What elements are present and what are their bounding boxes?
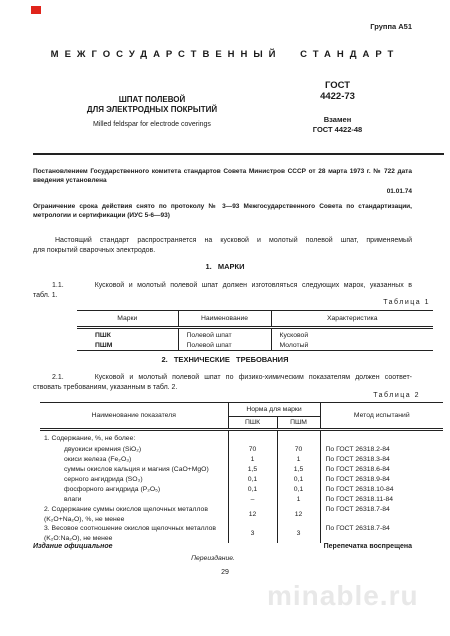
table-row: двуокиси кремния (SiO₂) 70 70 По ГОСТ 26… bbox=[40, 445, 443, 455]
gost-designation-block: ГОСТ 4422-73 Взамен ГОСТ 4422-48 bbox=[290, 81, 385, 134]
table2-caption: Таблица 2 bbox=[40, 392, 420, 399]
replaces-label: Взамен bbox=[290, 115, 385, 125]
table2-r2-pshk: 1 bbox=[228, 455, 277, 465]
table-row: 3. Весовое соотношение окислов щелочных … bbox=[40, 524, 443, 543]
table2-r5-name: фосфорного ангидрида (P₂O₅) bbox=[40, 485, 228, 495]
table2-r0-method bbox=[320, 430, 443, 446]
table2-r0-pshm bbox=[277, 430, 320, 446]
clause-1-1: 1.1.Кусковой и молотый полевой шпат долж… bbox=[33, 281, 412, 301]
table1-header-name: Наименование bbox=[178, 311, 271, 328]
table2-r7-pshm: 12 bbox=[277, 505, 320, 524]
title-english: Milled feldspar for electrode coverings bbox=[58, 121, 246, 128]
limitation-paragraph: Ограничение срока действия снято по прот… bbox=[33, 202, 412, 221]
scope-paragraph: Настоящий стандарт распространяется на к… bbox=[33, 236, 412, 255]
table2-r7-method: По ГОСТ 26318.7-84 bbox=[320, 505, 443, 524]
table2-r3-pshm: 1,5 bbox=[277, 465, 320, 475]
table2-r2-pshm: 1 bbox=[277, 455, 320, 465]
title-block-ru: ШПАТ ПОЛЕВОЙ ДЛЯ ЭЛЕКТРОДНЫХ ПОКРЫТИЙ Mi… bbox=[58, 95, 246, 128]
table2-r8-name-line2: (K₂O:Na₂O), не менее bbox=[44, 534, 228, 544]
effective-date: 01.01.74 bbox=[33, 187, 412, 196]
table2-r7-name-line1: 2. Содержание суммы окислов щелочных мет… bbox=[44, 506, 208, 513]
table2-r2-name: окиси железа (Fe₂O₃) bbox=[40, 455, 228, 465]
reprint-forbidden-label: Перепечатка воспрещена bbox=[324, 543, 412, 550]
table1: Марки Наименование Характеристика ПШК По… bbox=[77, 310, 433, 351]
table2-r4-method: По ГОСТ 26318.9-84 bbox=[320, 475, 443, 485]
table1-header-mark: Марки bbox=[77, 311, 178, 328]
table-row: фосфорного ангидрида (P₂O₅) 0,1 0,1 По Г… bbox=[40, 485, 443, 495]
table2-r6-pshk: – bbox=[228, 495, 277, 505]
table2-header-norm: Норма для марки bbox=[228, 403, 320, 417]
table2-r6-method: По ГОСТ 26318.11-84 bbox=[320, 495, 443, 505]
table2-r6-pshm: 1 bbox=[277, 495, 320, 505]
table2-r1-pshm: 70 bbox=[277, 445, 320, 455]
decree-line1: Постановлением Государственного комитета… bbox=[33, 167, 412, 176]
table2-r2-method: По ГОСТ 26318.3-84 bbox=[320, 455, 443, 465]
table1-r0-name: Полевой шпат bbox=[178, 328, 271, 341]
table2-header-pshm: ПШМ bbox=[277, 417, 320, 430]
table1-caption: Таблица 1 bbox=[77, 299, 430, 306]
standard-type-heading: МЕЖГОСУДАРСТВЕННЫЙ СТАНДАРТ bbox=[0, 49, 450, 60]
table-row: суммы окислов кальция и магния (CaO+MgO)… bbox=[40, 465, 443, 475]
table2-r0-name: 1. Содержание, %, не более: bbox=[40, 430, 228, 446]
table2-r5-pshm: 0,1 bbox=[277, 485, 320, 495]
table-row: серного ангидрида (SO₃) 0,1 0,1 По ГОСТ … bbox=[40, 475, 443, 485]
table1-r1-name: Полевой шпат bbox=[178, 341, 271, 351]
gost-number: 4422-73 bbox=[290, 92, 385, 103]
section1-heading: 1. МАРКИ bbox=[0, 262, 450, 271]
section2-heading: 2. ТЕХНИЧЕСКИЕ ТРЕБОВАНИЯ bbox=[0, 355, 450, 364]
table2-header-pshk: ПШК bbox=[228, 417, 277, 430]
table1-r0-char: Кусковой bbox=[271, 328, 433, 341]
table2-r8-name-line1: 3. Весовое соотношение окислов щелочных … bbox=[44, 525, 216, 532]
table2-r8-name: 3. Весовое соотношение окислов щелочных … bbox=[40, 524, 228, 543]
gost-label: ГОСТ bbox=[290, 81, 385, 92]
table-row: ПШК Полевой шпат Кусковой bbox=[77, 328, 433, 341]
table2-r6-name: влаги bbox=[40, 495, 228, 505]
limitation-line1: Ограничение срока действия снято по прот… bbox=[33, 202, 412, 211]
table2-header-method: Метод испытаний bbox=[320, 403, 443, 430]
scope-line2: для покрытий сварочных электродов. bbox=[33, 246, 412, 256]
reissue-label: Переиздание. bbox=[33, 555, 393, 562]
table2-r3-method: По ГОСТ 26318.6-84 bbox=[320, 465, 443, 475]
table2: Наименование показателя Норма для марки … bbox=[40, 402, 443, 543]
decree-paragraph: Постановлением Государственного комитета… bbox=[33, 167, 412, 196]
table2-r1-name: двуокиси кремния (SiO₂) bbox=[40, 445, 228, 455]
title-line2: ДЛЯ ЭЛЕКТРОДНЫХ ПОКРЫТИЙ bbox=[58, 105, 246, 115]
clause-1-1-line1: Кусковой и молотый полевой шпат должен и… bbox=[95, 282, 412, 289]
page-number: 29 bbox=[0, 569, 450, 576]
table2-r3-name: суммы окислов кальция и магния (CaO+MgO) bbox=[40, 465, 228, 475]
table1-r1-mark: ПШМ bbox=[77, 341, 178, 351]
clause-2-1: 2.1.Кусковой и молотый полевой шпат по ф… bbox=[33, 373, 412, 393]
table2-r1-method: По ГОСТ 26318.2-84 bbox=[320, 445, 443, 455]
decree-line2: введения установлена bbox=[33, 176, 412, 185]
red-marker bbox=[31, 6, 41, 14]
table1-r1-char: Молотый bbox=[271, 341, 433, 351]
table2-r8-pshk: 3 bbox=[228, 524, 277, 543]
clause-2-1-number: 2.1. bbox=[52, 373, 64, 383]
horizontal-rule bbox=[33, 153, 444, 155]
table2-header-name: Наименование показателя bbox=[40, 403, 228, 430]
table2-r4-name: серного ангидрида (SO₃) bbox=[40, 475, 228, 485]
table1-header-characteristic: Характеристика bbox=[271, 311, 433, 328]
footer-row: Издание официальное Перепечатка воспреще… bbox=[33, 543, 412, 550]
table-row: 1. Содержание, %, не более: bbox=[40, 430, 443, 446]
table2-r4-pshk: 0,1 bbox=[228, 475, 277, 485]
table-row: влаги – 1 По ГОСТ 26318.11-84 bbox=[40, 495, 443, 505]
document-page: Группа А51 МЕЖГОСУДАРСТВЕННЫЙ СТАНДАРТ Ш… bbox=[0, 0, 450, 636]
official-edition-label: Издание официальное bbox=[33, 543, 113, 550]
table1-r0-mark: ПШК bbox=[77, 328, 178, 341]
table2-r0-pshk bbox=[228, 430, 277, 446]
table-row: ПШМ Полевой шпат Молотый bbox=[77, 341, 433, 351]
limitation-line2: метрологии и сертификации (ИУС 5-6—93) bbox=[33, 211, 412, 220]
table2-r7-name-line2: (K₂O+Na₂O), %, не менее bbox=[44, 515, 228, 525]
table-row: окиси железа (Fe₂O₃) 1 1 По ГОСТ 26318.3… bbox=[40, 455, 443, 465]
clause-1-1-number: 1.1. bbox=[52, 281, 64, 291]
table2-r1-pshk: 70 bbox=[228, 445, 277, 455]
scope-line1: Настоящий стандарт распространяется на к… bbox=[33, 236, 412, 246]
table2-r8-method: По ГОСТ 26318.7-84 bbox=[320, 524, 443, 543]
table2-r8-pshm: 3 bbox=[277, 524, 320, 543]
watermark: minable.ru bbox=[267, 580, 419, 612]
table2-r7-pshk: 12 bbox=[228, 505, 277, 524]
replaces-number: ГОСТ 4422-48 bbox=[290, 125, 385, 135]
table-row: 2. Содержание суммы окислов щелочных мет… bbox=[40, 505, 443, 524]
group-label: Группа А51 bbox=[33, 22, 412, 31]
title-line1: ШПАТ ПОЛЕВОЙ bbox=[58, 95, 246, 105]
table2-r7-name: 2. Содержание суммы окислов щелочных мет… bbox=[40, 505, 228, 524]
table2-r5-pshk: 0,1 bbox=[228, 485, 277, 495]
table2-r3-pshk: 1,5 bbox=[228, 465, 277, 475]
table2-r5-method: По ГОСТ 26318.10-84 bbox=[320, 485, 443, 495]
table2-r4-pshm: 0,1 bbox=[277, 475, 320, 485]
clause-2-1-line1: Кусковой и молотый полевой шпат по физик… bbox=[95, 374, 412, 381]
